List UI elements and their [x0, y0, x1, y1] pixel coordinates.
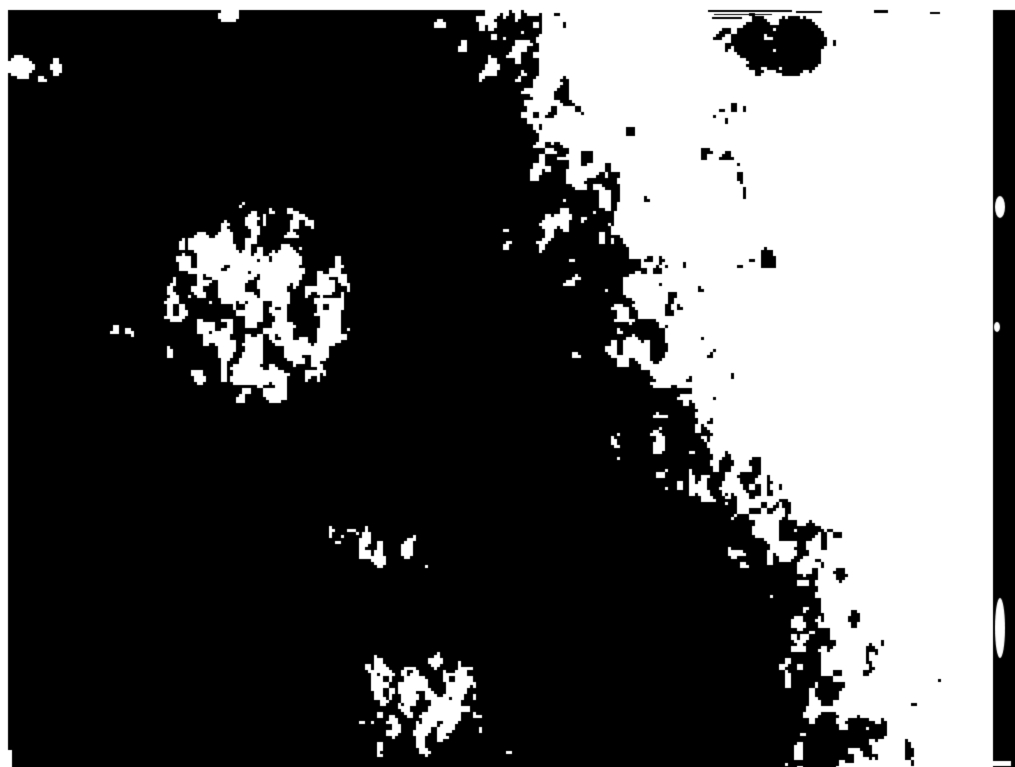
scanned-figure-page [0, 0, 1015, 767]
binarized-photo [0, 0, 1015, 767]
